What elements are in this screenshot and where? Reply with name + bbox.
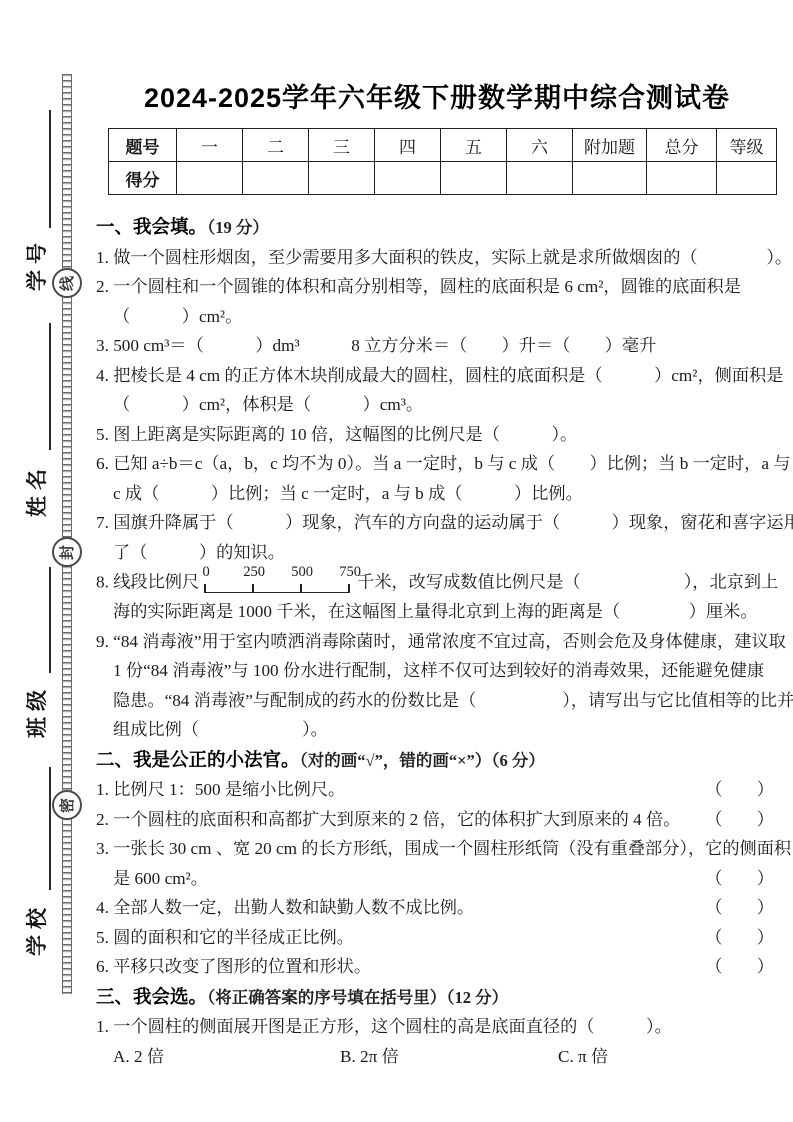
class-label: 班级 [24, 676, 50, 746]
exam-paper: 2024-2025学年六年级下册数学期中综合测试卷 题号 一 二 三 四 五 六… [96, 74, 778, 1071]
scale-baseline [204, 584, 350, 593]
seal-stamp-mi: 密 [52, 790, 82, 820]
score-cell [441, 162, 507, 195]
answer-blank: （ ） [705, 952, 774, 982]
judge-item-3-line-2: 是 600 cm²。（ ） [96, 864, 778, 894]
section-2-note: （对的画“√”，错的画“×”）（6 分） [300, 751, 545, 770]
choice-question-1: 1. 一个圆柱的侧面展开图是正方形，这个圆柱的高是底面直径的（ ）。 [96, 1012, 778, 1042]
scale-numbers: 0250500750 [202, 563, 354, 581]
scale-tick-label: 250 [243, 563, 265, 581]
q5-fill: 5. 图上距离是实际距离的 10 倍，这幅图的比例尺是（ ）。 [96, 420, 778, 450]
q4-fill-line-2: （ ）cm²，体积是（ ）cm³。 [96, 390, 778, 420]
scale-tick-label: 500 [291, 563, 313, 581]
score-table: 题号 一 二 三 四 五 六 附加题 总分 等级 得分 [108, 128, 777, 195]
judge-item-4: 4. 全部人数一定，出勤人数和缺勤人数不成比例。（ ） [96, 893, 778, 923]
scale-tick-label: 0 [203, 563, 210, 581]
section-1-heading: 一、我会填。（19 分） [96, 212, 778, 243]
student-id-label: 学号 [24, 229, 50, 299]
student-id-blank-line [49, 110, 51, 228]
q9-fill-line-4: 组成比例（ ）。 [96, 715, 778, 745]
judge-item-6: 6. 平移只改变了图形的位置和形状。（ ） [96, 952, 778, 982]
linear-scale-diagram: 0250500750 [202, 567, 354, 597]
q9-fill-line-1: 9. “84 消毒液”用于室内喷洒消毒除菌时，通常浓度不宜过高，否则会危及身体健… [96, 627, 778, 657]
section-3-note: （将正确答案的序号填在括号里）（12 分） [207, 988, 508, 1007]
page-title: 2024-2025学年六年级下册数学期中综合测试卷 [96, 82, 778, 114]
header-bonus: 附加题 [573, 129, 647, 162]
q9-fill-line-3: 隐患。“84 消毒液”与配制成的药水的份数比是（ ），请写出与它比值相等的比并 [96, 686, 778, 716]
q3-fill: 3. 500 cm³＝（ ）dm³ 8 立方分米＝（ ）升＝（ ）毫升 [96, 331, 778, 361]
score-cell [309, 162, 375, 195]
q9-fill-line-2: 1 份“84 消毒液”与 100 份水进行配制，这样不仅可达到较好的消毒效果，还… [96, 656, 778, 686]
school-label: 学校 [24, 894, 50, 964]
header-part-6: 六 [507, 129, 573, 162]
score-table-score-row: 得分 [109, 162, 777, 195]
judge-item-1: 1. 比例尺 1：500 是缩小比例尺。（ ） [96, 775, 778, 805]
answer-blank: （ ） [705, 805, 774, 835]
answer-blank: （ ） [705, 775, 774, 805]
option-b: B. 2π 倍 [340, 1042, 558, 1072]
header-part-1: 一 [177, 129, 243, 162]
scale-tick [300, 584, 302, 592]
judge-item-2: 2. 一个圆柱的底面积和高都扩大到原来的 2 倍，它的体积扩大到原来的 4 倍。… [96, 805, 778, 835]
header-part-5: 五 [441, 129, 507, 162]
header-question-number: 题号 [109, 129, 177, 162]
q1-fill: 1. 做一个圆柱形烟囱，至少需要用多大面积的铁皮，实际上就是求所做烟囱的（ ）。 [96, 243, 778, 273]
score-table-header-row: 题号 一 二 三 四 五 六 附加题 总分 等级 [109, 129, 777, 162]
q8-fill-line-1: 8. 线段比例尺0250500750千米，改写成数值比例尺是（ ），北京到上 [96, 567, 778, 597]
score-cell [177, 162, 243, 195]
name-label: 姓名 [24, 455, 50, 525]
q8-fill-line-2: 海的实际距离是 1000 千米，在这幅图上量得北京到上海的距离是（ ）厘米。 [96, 597, 778, 627]
q8-suffix: ，改写成数值比例尺是（ ），北京到上 [392, 573, 779, 592]
q8-prefix: 8. 线段比例尺 [96, 573, 199, 592]
score-cell [243, 162, 309, 195]
seal-line-strip [62, 74, 72, 994]
scale-tick-label: 750 [339, 563, 361, 581]
seal-stamp-xian: 线 [52, 268, 82, 298]
choice-question-1-options: A. 2 倍 B. 2π 倍 C. π 倍 [96, 1042, 778, 1072]
option-c: C. π 倍 [558, 1042, 778, 1072]
header-grade: 等级 [717, 129, 777, 162]
score-cell [573, 162, 647, 195]
score-cell [507, 162, 573, 195]
answer-blank: （ ） [705, 893, 774, 923]
header-total: 总分 [647, 129, 717, 162]
header-part-3: 三 [309, 129, 375, 162]
score-cell [717, 162, 777, 195]
q7-fill-line-2: 了（ ）的知识。 [96, 538, 778, 568]
questions: 一、我会填。（19 分） 1. 做一个圆柱形烟囱，至少需要用多大面积的铁皮，实际… [96, 212, 778, 1071]
score-cell [375, 162, 441, 195]
school-blank-line [49, 767, 51, 890]
score-row-label: 得分 [109, 162, 177, 195]
seal-stamp-feng: 封 [52, 537, 82, 567]
judge-item-5: 5. 圆的面积和它的半径成正比例。（ ） [96, 923, 778, 953]
name-blank-line [49, 323, 51, 450]
judge-item-3-line-1: 3. 一张长 30 cm 、宽 20 cm 的长方形纸，围成一个圆柱形纸筒（没有… [96, 834, 778, 864]
q2-fill-line-2: （ ）cm²。 [96, 302, 778, 332]
section-2-heading: 二、我是公正的小法官。（对的画“√”，错的画“×”）（6 分） [96, 745, 778, 776]
q8-unit: 千米 [357, 573, 391, 592]
q2-fill-line-1: 2. 一个圆柱和一个圆锥的体积和高分别相等，圆柱的底面积是 6 cm²，圆锥的底… [96, 272, 778, 302]
q4-fill-line-1: 4. 把棱长是 4 cm 的正方体木块削成最大的圆柱，圆柱的底面积是（ ）cm²… [96, 361, 778, 391]
scale-tick [348, 584, 350, 592]
answer-blank: （ ） [705, 864, 774, 894]
class-blank-line [49, 567, 51, 673]
q6-fill-line-1: 6. 已知 a÷b＝c（a，b，c 均不为 0）。当 a 一定时，b 与 c 成… [96, 449, 778, 479]
scale-tick [204, 584, 206, 592]
section-3-heading: 三、我会选。（将正确答案的序号填在括号里）（12 分） [96, 982, 778, 1013]
option-a: A. 2 倍 [96, 1042, 340, 1072]
q6-fill-line-2: c 成（ ）比例；当 c 一定时，a 与 b 成（ ）比例。 [96, 479, 778, 509]
q7-fill-line-1: 7. 国旗升降属于（ ）现象，汽车的方向盘的运动属于（ ）现象，窗花和喜字运用 [96, 508, 778, 538]
header-part-4: 四 [375, 129, 441, 162]
scale-tick [252, 584, 254, 592]
section-1-points: （19 分） [207, 218, 269, 237]
score-cell [647, 162, 717, 195]
answer-blank: （ ） [705, 923, 774, 953]
header-part-2: 二 [243, 129, 309, 162]
